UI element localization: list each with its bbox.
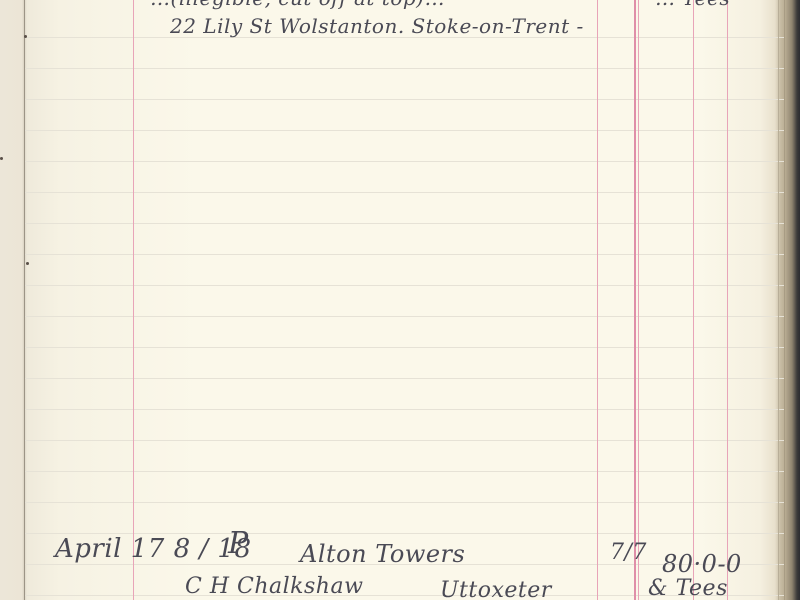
ruled-line (24, 68, 784, 69)
ruled-line (24, 285, 784, 286)
ruled-line (24, 409, 784, 410)
entry-address: 22 Lily St Wolstanton. Stoke-on-Trent - (170, 14, 584, 38)
ledger-page: …(illegible, cut off at top)… … Tees 22 … (0, 0, 800, 600)
ruled-line (24, 254, 784, 255)
entry-amount-partial: … Tees (655, 0, 730, 10)
ruled-line (24, 440, 784, 441)
column-line (727, 0, 728, 600)
ink-speck (0, 157, 3, 160)
entry-amount: 80·0-0 (662, 550, 742, 578)
ruled-line (24, 502, 784, 503)
entry-place: Uttoxeter (440, 578, 552, 600)
ruled-line (24, 192, 784, 193)
column-line (597, 0, 598, 600)
ink-speck (26, 262, 29, 265)
ruled-line (24, 378, 784, 379)
ruled-line (24, 130, 784, 131)
margin-line (133, 0, 134, 600)
ruled-line (24, 99, 784, 100)
column-line-double (634, 0, 636, 600)
ruled-line (24, 223, 784, 224)
entry-name: C H Chalkshaw (185, 574, 363, 599)
entry-amount-note: & Tees (648, 576, 728, 600)
ruled-line (24, 161, 784, 162)
column-line (638, 0, 639, 600)
entry-description: Alton Towers (300, 540, 465, 568)
entry-line-partial: …(illegible, cut off at top)… (150, 0, 445, 10)
entry-column-mark: 7/7 (610, 540, 647, 565)
ruled-line (24, 347, 784, 348)
entry-date: April 17 8 / 18 (55, 534, 252, 564)
page-edge (778, 0, 779, 600)
ink-speck (24, 35, 27, 38)
binding-edge (24, 0, 25, 600)
entry-initial-mark: P (228, 526, 249, 561)
ruled-line (24, 471, 784, 472)
ruled-line (24, 316, 784, 317)
column-line (693, 0, 694, 600)
page-edge (784, 0, 785, 600)
